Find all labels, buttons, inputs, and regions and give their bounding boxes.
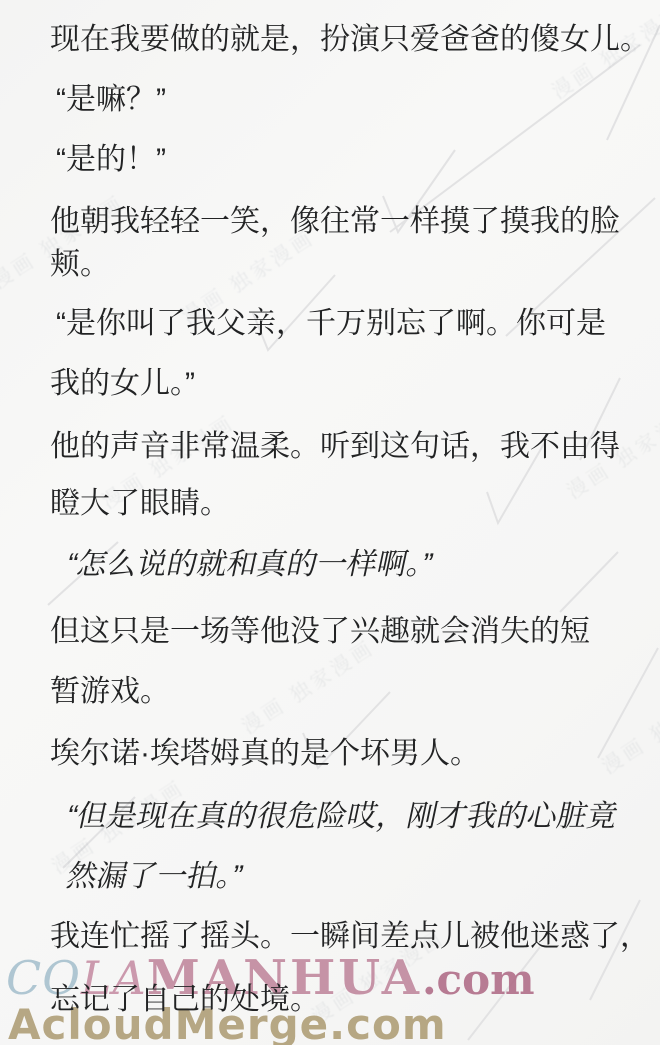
diagonal-watermark-text: 漫画 独家漫画 (595, 671, 660, 779)
novel-text-line: 我连忙摇了摇头。一瞬间差点儿被他迷惑了， (50, 922, 650, 952)
novel-text-line-italic: 然漏了一拍。” (64, 862, 245, 892)
novel-text-line-italic: “但是现在真的很危险哎，刚才我的心脏竟 (64, 802, 620, 832)
novel-text-line: 颊。 (50, 250, 110, 280)
novel-text-line: 但这只是一场等他没了兴趣就会消失的短 (50, 617, 590, 647)
novel-text-line: 我的女儿。” (50, 369, 195, 399)
colamanhua-watermark-dotcom: .com (422, 955, 535, 1004)
novel-text-line: 瞪大了眼睛。 (50, 489, 230, 519)
novel-text-line: 他的声音非常温柔。听到这句话，我不由得 (50, 432, 620, 462)
novel-text-line: 现在我要做的就是，扮演只爱爸爸的傻女儿。 (50, 25, 650, 55)
novel-text-line: “是嘛？” (56, 85, 166, 115)
novel-text-line: 他朝我轻轻一笑，像往常一样摸了摸我的脸 (50, 207, 620, 237)
reading-page: 漫画 独家漫画 漫画 独家漫画 漫画 独家漫画 漫画 独家漫画 漫画 独家漫画 … (0, 0, 660, 1045)
novel-text-line: “是的！” (56, 145, 166, 175)
novel-text-line: 埃尔诺·埃塔姆真的是个坏男人。 (50, 739, 480, 769)
novel-text-line: 忘记了自己的处境。 (50, 985, 320, 1015)
novel-text-line-italic: “怎么说的就和真的一样啊。” (64, 550, 435, 580)
novel-text-line: 暂游戏。 (50, 677, 170, 707)
novel-text-line: “是你叫了我父亲，千万别忘了啊。你可是 (56, 309, 606, 339)
